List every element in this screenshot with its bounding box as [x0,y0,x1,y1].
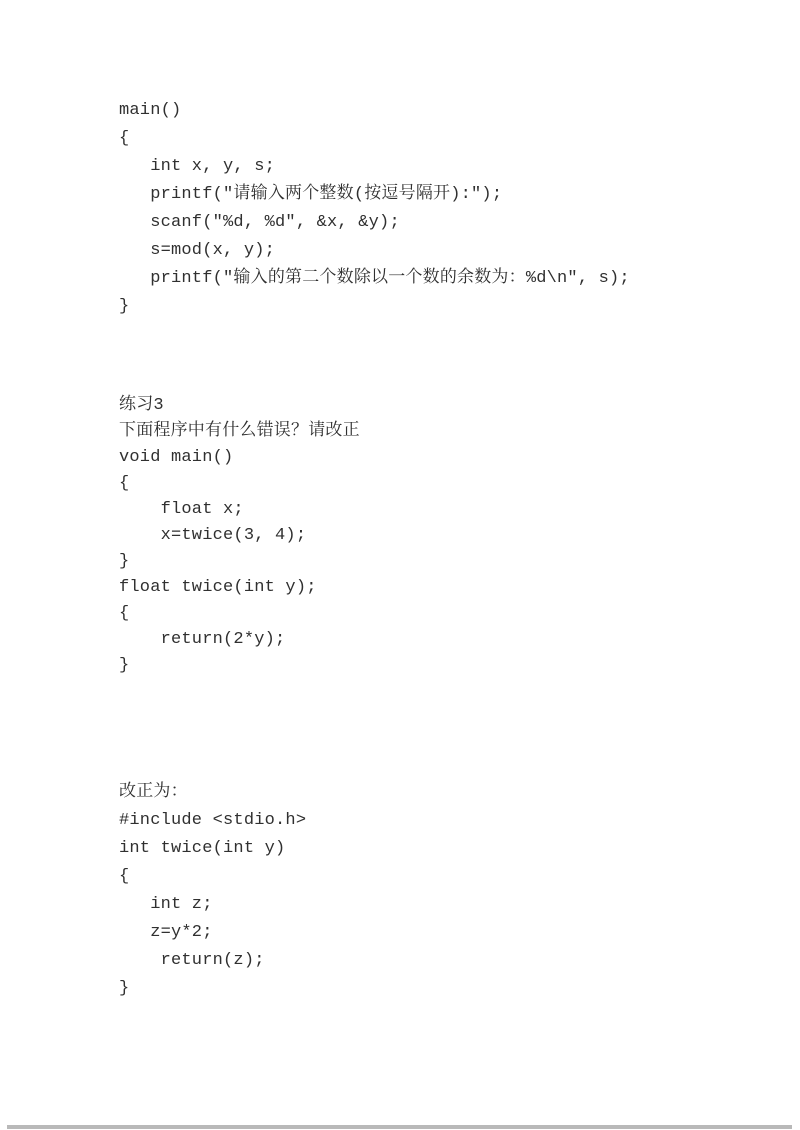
bottom-scrollbar[interactable] [7,1125,792,1129]
code-block-mod-program: main() { int x, y, s; printf("请输入两个整数(按逗… [0,0,800,321]
exercise-heading: 练习3 [119,393,800,419]
code-line: int x, y, s; [119,153,800,181]
code-line: printf("请输入两个整数(按逗号隔开):"); [119,181,800,209]
code-line: int z; [119,891,800,919]
code-line: x=twice(3, 4); [119,523,800,549]
correction-section: 改正为： #include <stdio.h> int twice(int y)… [0,779,800,1003]
code-line: } [119,653,800,679]
code-line: { [119,125,800,153]
code-line: #include <stdio.h> [119,807,800,835]
exercise-3-section: 练习3 下面程序中有什么错误？请改正 void main() { float x… [0,393,800,679]
code-line: int twice(int y) [119,835,800,863]
code-line: float x; [119,497,800,523]
code-line: } [119,975,800,1003]
code-line: { [119,471,800,497]
document-page: main() { int x, y, s; printf("请输入两个整数(按逗… [0,0,800,1130]
code-line: main() [119,97,800,125]
code-line: void main() [119,445,800,471]
code-line: return(z); [119,947,800,975]
code-line: float twice(int y); [119,575,800,601]
code-line: z=y*2; [119,919,800,947]
code-line: { [119,601,800,627]
code-line: return(2*y); [119,627,800,653]
code-line: scanf("%d, %d", &x, &y); [119,209,800,237]
code-line: { [119,863,800,891]
exercise-prompt: 下面程序中有什么错误？请改正 [119,419,800,445]
code-line: } [119,293,800,321]
correction-heading: 改正为： [119,779,800,807]
code-line: printf("输入的第二个数除以一个数的余数为：%d\n", s); [119,265,800,293]
code-line: s=mod(x, y); [119,237,800,265]
code-line: } [119,549,800,575]
